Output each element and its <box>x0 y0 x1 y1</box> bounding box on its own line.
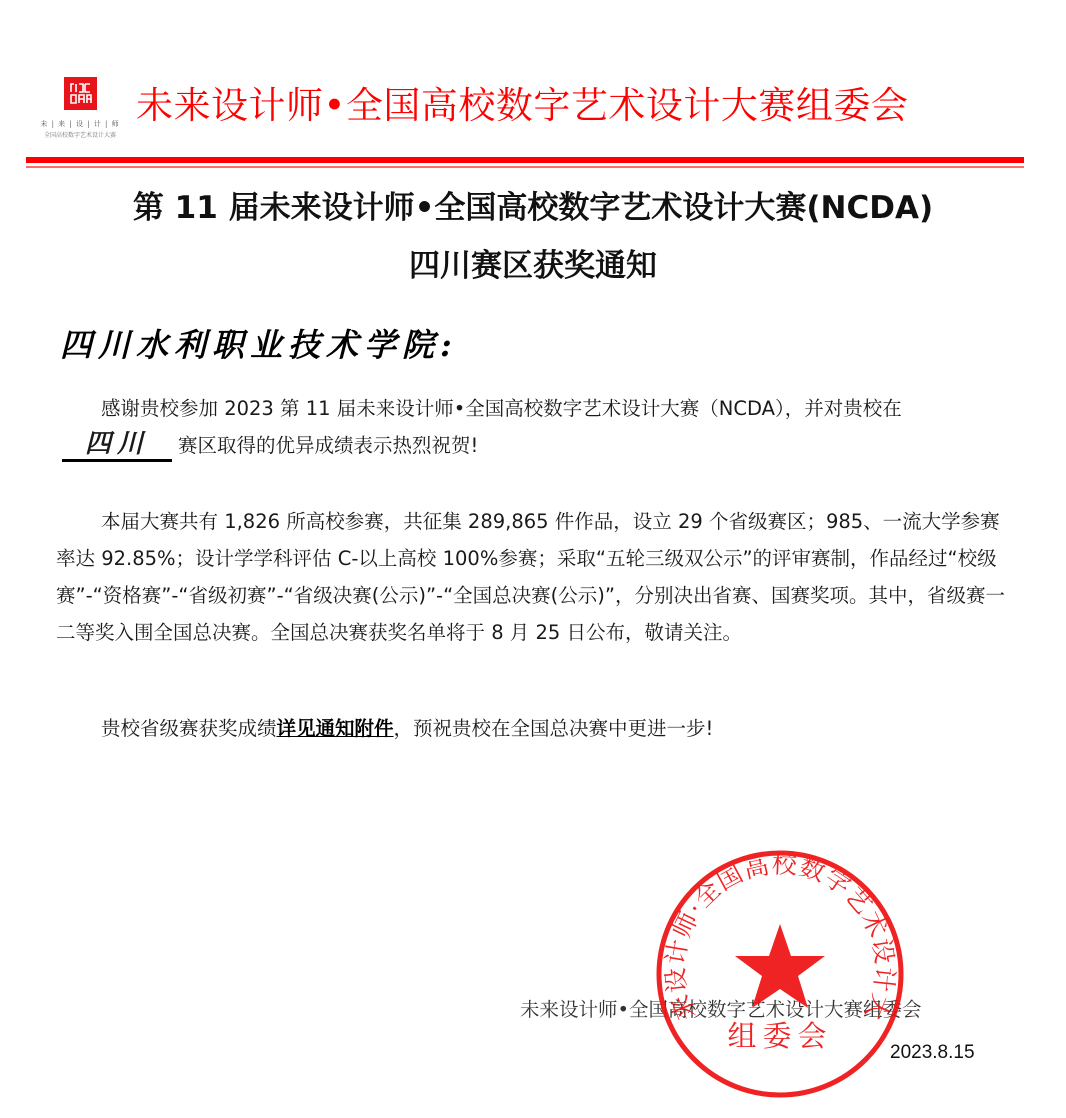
recipient-name: 四川水利职业技术学院: <box>60 320 458 366</box>
attachment-link[interactable]: 详见通知附件 <box>277 717 394 740</box>
stamp-bottom-text: 组委会 <box>727 1019 832 1053</box>
document-subtitle: 四川赛区获奖通知 <box>0 244 1066 288</box>
signature-date: 2023.8.15 <box>890 1042 975 1064</box>
logo-caption-title: 未 | 来 | 设 | 计 | 师 <box>34 119 126 129</box>
header-rule-thick <box>26 157 1024 163</box>
paragraph3-part2: ，预祝贵校在全国总决赛中更进一步! <box>394 717 714 740</box>
document-title: 第 11 届未来设计师•全国高校数字艺术设计大赛(NCDA) <box>0 186 1066 230</box>
header-rule-thin <box>26 166 1024 168</box>
paragraph3-part1: 贵校省级赛获奖成绩 <box>101 717 277 740</box>
paragraph-congratulations: 感谢贵校参加 2023 第 11 届未来设计师•全国高校数字艺术设计大赛（NCD… <box>56 390 1006 464</box>
paragraph-attachment: 贵校省级赛获奖成绩详见通知附件，预祝贵校在全国总决赛中更进一步! <box>56 710 1006 747</box>
paragraph1-part1: 感谢贵校参加 2023 第 11 届未来设计师•全国高校数字艺术设计大赛（NCD… <box>101 397 902 420</box>
paragraph1-part2: 赛区取得的优异成绩表示热烈祝贺! <box>178 434 478 457</box>
signature-org: 未来设计师•全国高校数字艺术设计大赛组委会 <box>520 994 922 1022</box>
paragraph2-text: 本届大赛共有 1,826 所高校参赛，共征集 289,865 件作品，设立 29… <box>56 510 1005 644</box>
official-seal-stamp: 未来设计师·全国高校数字艺术设计大赛 组委会 <box>652 846 908 1102</box>
ncda-logo-icon <box>64 77 97 110</box>
region-fill-field: 四川 <box>62 429 172 462</box>
logo-caption-subtitle: 全国高校数字艺术设计大赛 <box>34 130 126 139</box>
paragraph-contest-overview: 本届大赛共有 1,826 所高校参赛，共征集 289,865 件作品，设立 29… <box>56 503 1006 651</box>
org-title: 未来设计师•全国高校数字艺术设计大赛组委会 <box>136 82 908 130</box>
